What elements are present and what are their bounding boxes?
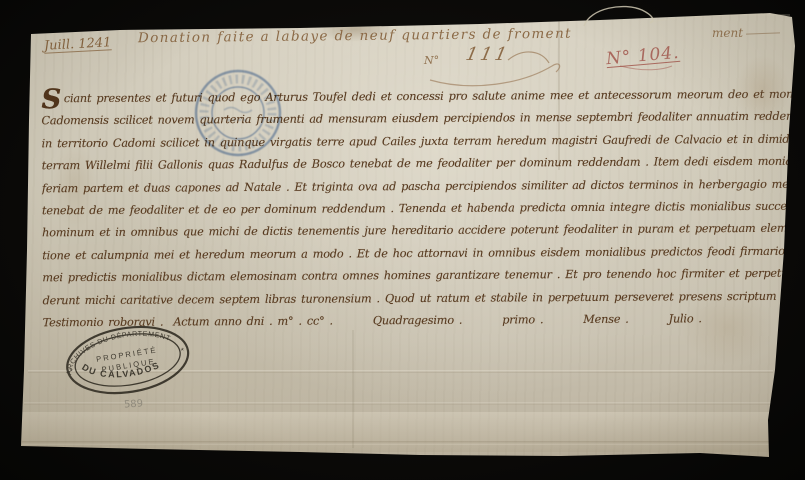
fold-crease-horizontal-1 bbox=[28, 370, 773, 373]
manuscript-line: mei predictis monialibus dictam elemosin… bbox=[42, 263, 792, 290]
manuscript-line: tenebat de me feodaliter et de eo per do… bbox=[42, 196, 792, 223]
archive-oval-stamp: ARCHIVES DU DÉPARTEMENT PROPRIÉTÉ PUBLIQ… bbox=[58, 320, 208, 406]
title-annotation: Donation faite a labaye de neuf quartier… bbox=[138, 26, 572, 47]
flourish-swash bbox=[0, 0, 805, 480]
manuscript-line: Sciant presentes et futuri quod ego Artu… bbox=[41, 84, 791, 111]
catchword-text: ment bbox=[712, 26, 743, 40]
stamp-arc-top: ARCHIVES DU DÉPARTEMENT bbox=[61, 323, 175, 376]
manuscript-line: feriam partem et duas capones ad Natale … bbox=[42, 173, 792, 200]
stain-right-lower bbox=[680, 290, 775, 365]
charter-text-block: Sciant presentes et futuri quod ego Artu… bbox=[41, 84, 792, 335]
number-104-label: N° 104. bbox=[605, 43, 680, 69]
manuscript-line: Testimonio roboravi . Actum anno dni . m… bbox=[43, 308, 793, 335]
manuscript-line: in territorio Cadomi scilicet in quinque… bbox=[42, 128, 792, 155]
manuscript-line: hominum et in omnibus que michi de dicti… bbox=[42, 218, 792, 245]
fold-crease-horizontal-2 bbox=[24, 402, 772, 405]
pencil-inventory-mark: 589 bbox=[124, 398, 144, 410]
stain-top-edge bbox=[315, 16, 395, 42]
number-111-prefix: N° bbox=[424, 54, 439, 67]
bottom-light-strip bbox=[20, 412, 780, 452]
fold-crease-bottom-edge bbox=[22, 441, 770, 445]
manuscript-line: tione et calumpnia mei et heredum meorum… bbox=[42, 240, 792, 267]
catchword-dash bbox=[746, 32, 780, 34]
stamp-arc-bottom: DU CALVADOS bbox=[79, 350, 162, 386]
manuscript-line-text: ciant presentes et futuri quod ego Artur… bbox=[64, 87, 792, 105]
stamp-star-left: * bbox=[69, 367, 73, 376]
drop-cap-initial: S bbox=[41, 84, 61, 111]
stamp-middle-line2: PUBLIQUE bbox=[101, 357, 156, 374]
manuscript-line: Cadomensis scilicet novem quarteria frum… bbox=[41, 106, 791, 133]
stain-right-upper bbox=[735, 55, 790, 125]
number-111-label: 111 bbox=[464, 44, 512, 65]
fold-crease-vertical-1 bbox=[558, 20, 560, 170]
stamp-middle-line1: PROPRIÉTÉ bbox=[96, 345, 159, 364]
scan-background: Juill. 1241 Donation faite a labaye de n… bbox=[0, 0, 805, 480]
blue-round-ink-stamp bbox=[190, 66, 286, 162]
manuscript-line: terram Willelmi filii Gallonis quas Radu… bbox=[42, 151, 792, 178]
parchment-sheet: Juill. 1241 Donation faite a labaye de n… bbox=[0, 0, 805, 480]
catchword-note: ment bbox=[712, 26, 780, 40]
stamp-star-right: * bbox=[180, 346, 184, 355]
stain-left-mid bbox=[52, 140, 97, 230]
date-annotation: Juill. 1241 bbox=[44, 35, 112, 54]
manuscript-line: derunt michi caritative decem septem lib… bbox=[42, 285, 792, 312]
fold-crease-vertical-2 bbox=[352, 330, 354, 448]
